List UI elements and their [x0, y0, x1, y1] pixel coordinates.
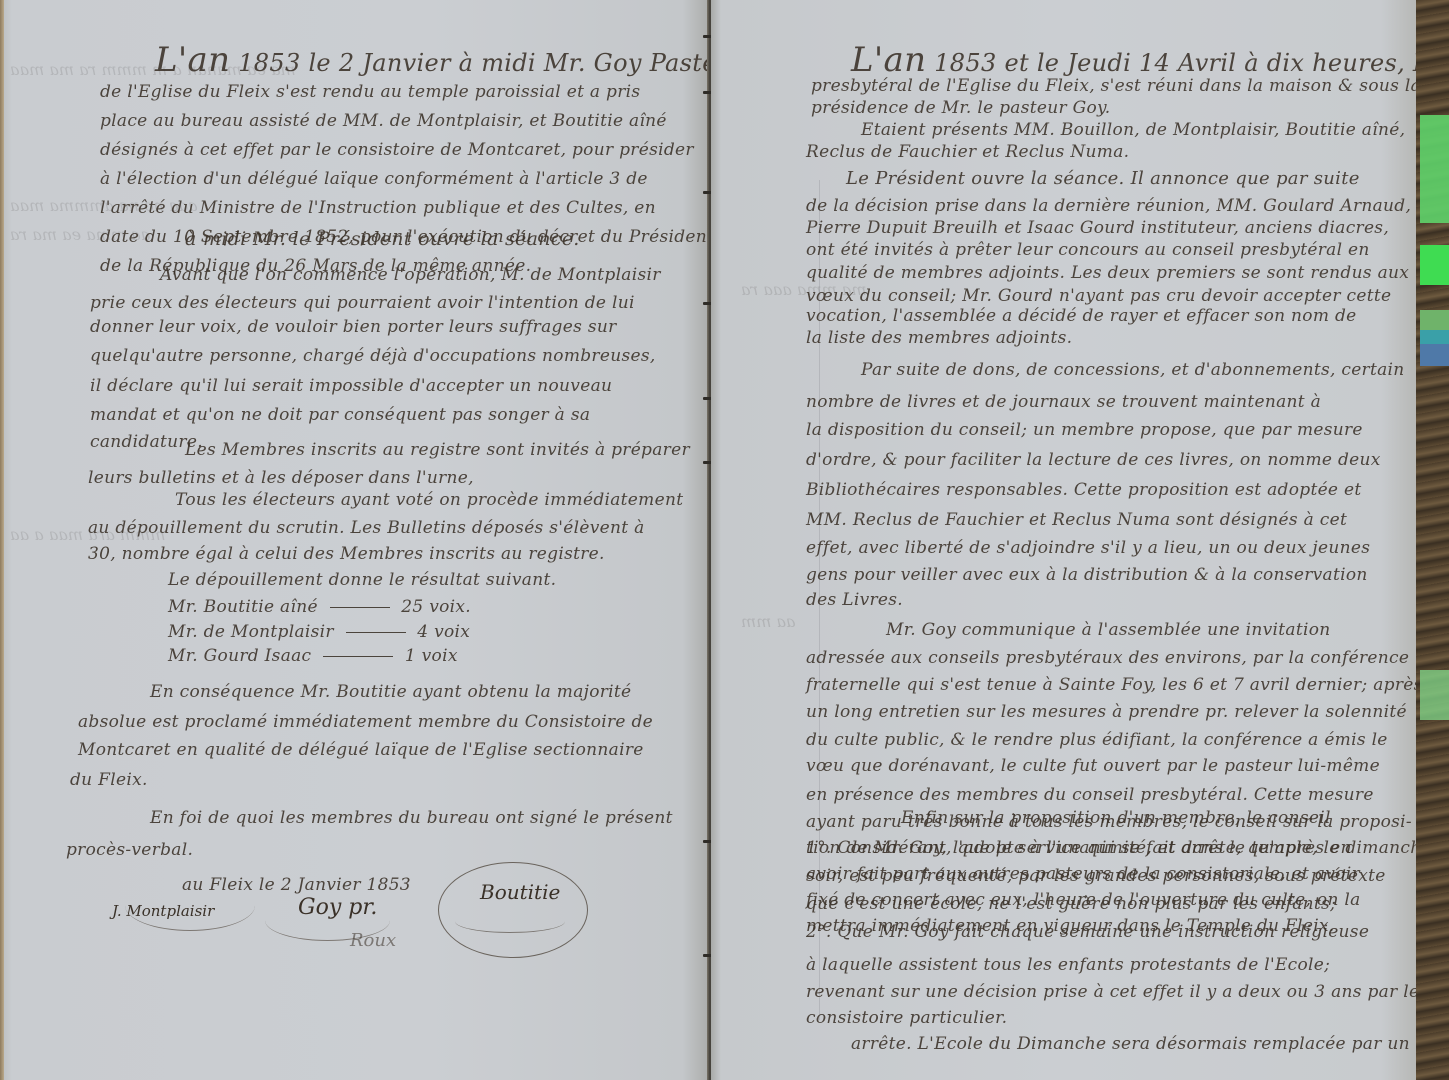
text-line: l'arrêté du Ministre de l'Instruction pu…	[100, 198, 656, 218]
text-line: Bibliothécaires responsables. Cette prop…	[806, 480, 1362, 500]
text-line: Le Président ouvre la séance. Il annonce…	[846, 168, 1360, 189]
title-rest: 1853 et le Jeudi 14 Avril à dix heures, …	[934, 49, 1449, 77]
text-line: Par suite de dons, de concessions, et d'…	[861, 360, 1405, 380]
result-candidate: Mr. Gourd Isaac	[168, 646, 311, 666]
text-line: vocation, l'assemblée a décidé de rayer …	[806, 306, 1357, 326]
result-votes: 4 voix	[417, 622, 470, 642]
signature-flourish	[125, 880, 255, 931]
text-line: Etaient présents MM. Bouillon, de Montpl…	[861, 120, 1405, 140]
text-line: qualité de membres adjoints. Les deux pr…	[806, 263, 1409, 283]
text-line: effet, avec liberté de s'adjoindre s'il …	[806, 538, 1370, 558]
text-line: Tous les électeurs ayant voté on procède…	[175, 490, 683, 510]
bookmark-tab-teal[interactable]	[1420, 330, 1449, 344]
text-line: leurs bulletins et à les déposer dans l'…	[88, 468, 474, 488]
result-candidate: Mr. Boutitie aîné	[168, 597, 318, 617]
session-opening: à midi Mr. le Président ouvre la séance.	[185, 228, 580, 250]
title-prefix: L'an	[155, 40, 230, 80]
text-line: à laquelle assistent tous les enfants pr…	[806, 955, 1330, 975]
bookmark-tab-blue[interactable]	[1420, 344, 1449, 366]
left-page: ma ea manan a m mmm ra ma maa aaa no na …	[0, 0, 711, 1080]
entry-title: L'an 1853 et le Jeudi 14 Avril à dix heu…	[851, 40, 1449, 80]
text-line: des Livres.	[806, 590, 903, 610]
text-line: MM. Reclus de Fauchier et Reclus Numa so…	[806, 510, 1347, 530]
text-line: prie ceux des électeurs qui pourraient a…	[90, 293, 635, 313]
result-row: Mr. de Montplaisir 4 voix	[168, 622, 470, 642]
result-votes: 1 voix	[405, 646, 458, 666]
result-row: Mr. Gourd Isaac 1 voix	[168, 646, 458, 666]
text-line: vœu que dorénavant, le culte fut ouvert …	[806, 756, 1380, 776]
text-line: Mr. Goy communique à l'assemblée une inv…	[886, 620, 1331, 640]
text-line: la disposition du conseil; un membre pro…	[806, 420, 1363, 440]
text-line: d'ordre, & pour faciliter la lecture de …	[806, 450, 1381, 470]
signature-boutitie: Boutitie	[480, 880, 560, 904]
title-rest: 1853 le 2 Janvier à midi Mr. Goy Pasteur	[238, 49, 744, 77]
result-votes: 25 voix.	[401, 597, 471, 617]
bleed-through-text: aa mm	[741, 612, 796, 631]
text-line: un long entretien sur les mesures à pren…	[806, 702, 1407, 722]
text-line: procès-verbal.	[66, 840, 193, 860]
text-line: à l'élection d'un délégué laïque conform…	[100, 169, 648, 189]
text-line: en présence des membres du conseil presb…	[806, 785, 1374, 805]
text-line: présidence de Mr. le pasteur Goy.	[811, 98, 1110, 118]
text-line: ont été invités à prêter leur concours a…	[806, 240, 1370, 260]
text-line: Avant que l'on commence l'opération, M. …	[160, 265, 661, 285]
text-line: mandat et qu'on ne doit par conséquent p…	[90, 405, 590, 425]
text-line: Pierre Dupuit Breuilh et Isaac Gourd ins…	[806, 218, 1389, 238]
text-line: En conséquence Mr. Boutitie ayant obtenu…	[150, 682, 631, 702]
text-line: place au bureau assisté de MM. de Montpl…	[100, 111, 667, 131]
leader-dash	[330, 607, 390, 608]
right-page: ma mma aaa ra aa mm L'an 1853 et le Jeud…	[711, 0, 1416, 1080]
leader-dash	[346, 632, 406, 633]
title-prefix: L'an	[851, 40, 926, 80]
results-intro: Le dépouillement donne le résultat suiva…	[168, 570, 556, 590]
text-line: quelqu'autre personne, chargé déjà d'occ…	[90, 346, 656, 366]
text-line: désignés à cet effet par le consistoire …	[100, 140, 694, 160]
text-line: absolue est proclamé immédiatement membr…	[78, 712, 653, 732]
text-line: soir, est peu fréquenté, par les grandes…	[806, 866, 1386, 886]
text-line: En foi de quoi les membres du bureau ont…	[150, 808, 673, 828]
text-line: vœux du conseil; Mr. Gourd n'ayant pas c…	[806, 286, 1391, 306]
bookmark-tab-green[interactable]	[1420, 245, 1449, 285]
text-line: au dépouillement du scrutin. Les Bulleti…	[88, 518, 645, 538]
text-line: consistoire particulier.	[806, 1008, 1007, 1028]
signature-faint: Roux	[350, 930, 396, 951]
text-line: que c'est une école, ne l'est guère non …	[806, 894, 1336, 914]
leader-dash	[323, 656, 393, 657]
text-line: 30, nombre égal à celui des Membres insc…	[88, 544, 605, 564]
bookmark-tab-green-light[interactable]	[1420, 115, 1449, 223]
text-line: adressée aux conseils presbytéraux des e…	[806, 648, 1409, 668]
bookmark-tab-olive[interactable]	[1420, 310, 1449, 330]
result-row: Mr. Boutitie aîné 25 voix.	[168, 597, 471, 617]
text-line: Les Membres inscrits au registre sont in…	[185, 440, 690, 460]
register-spread: ma ea manan a m mmm ra ma maa aaa no na …	[0, 0, 1449, 1080]
text-line: Montcaret en qualité de délégué laïque d…	[78, 740, 644, 760]
text-line: du culte public, & le rendre plus édifia…	[806, 730, 1388, 750]
text-line: de l'Eglise du Fleix s'est rendu au temp…	[100, 82, 640, 102]
text-line: il déclare qu'il lui serait impossible d…	[90, 376, 612, 396]
text-line: du Fleix.	[70, 770, 148, 790]
text-line: donner leur voix, de vouloir bien porter…	[90, 317, 617, 337]
text-line: 1°. Considérant, que le service qui se f…	[806, 838, 1432, 858]
text-line: 2°. Que Mr. Goy fait chaque semaine une …	[806, 922, 1369, 942]
text-line: Reclus de Fauchier et Reclus Numa.	[806, 142, 1129, 162]
result-candidate: Mr. de Montplaisir	[168, 622, 334, 642]
text-line: presbytéral de l'Eglise du Fleix, s'est …	[811, 76, 1421, 96]
text-line: la liste des membres adjoints.	[806, 328, 1072, 348]
text-line: Enfin sur la proposition d'un membre, le…	[901, 808, 1331, 828]
text-line: gens pour veiller avec eux à la distribu…	[806, 565, 1368, 585]
text-line: fraternelle qui s'est tenue à Sainte Foy…	[806, 675, 1423, 695]
text-line: nombre de livres et de journaux se trouv…	[806, 392, 1321, 412]
text-line: revenant sur une décision prise à cet ef…	[806, 982, 1419, 1002]
text-line: de la décision prise dans la dernière ré…	[806, 196, 1411, 216]
bookmark-tab-green-lower[interactable]	[1420, 670, 1449, 720]
signature-flourish	[455, 910, 565, 933]
entry-title: L'an 1853 le 2 Janvier à midi Mr. Goy Pa…	[155, 40, 744, 80]
text-line: arrête. L'Ecole du Dimanche sera désorma…	[851, 1034, 1410, 1054]
